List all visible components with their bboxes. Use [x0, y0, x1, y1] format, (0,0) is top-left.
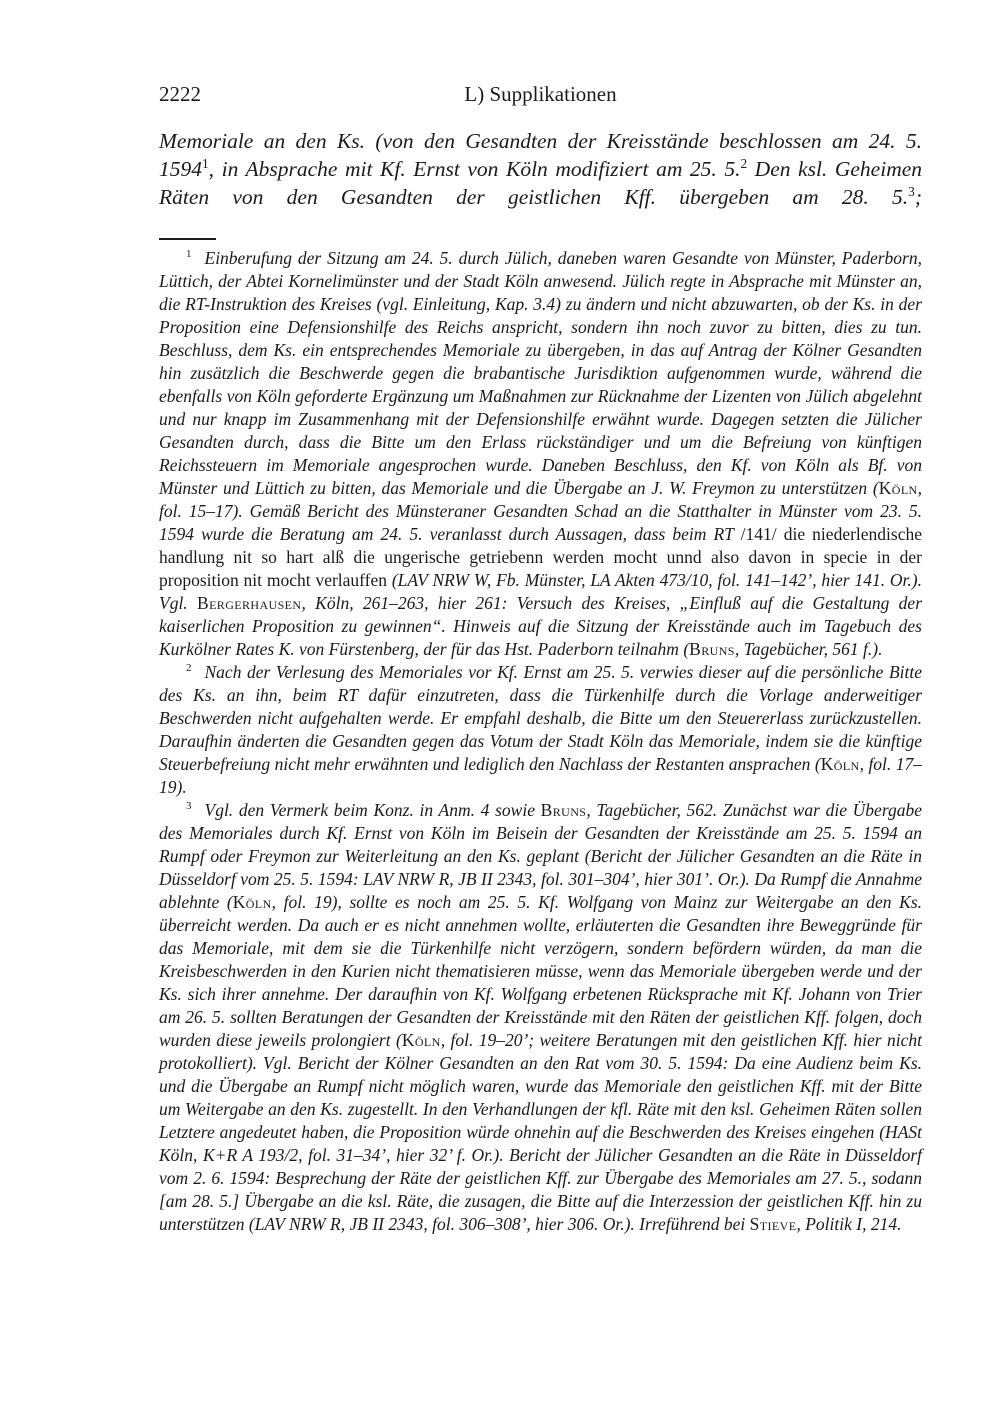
footnote-2-marker: 2: [186, 662, 192, 674]
footnote-1-text: Einberufung der Sitzung am 24. 5. durch …: [159, 248, 922, 659]
footnote-1-marker: 1: [186, 248, 192, 260]
footnote-3-marker: 3: [186, 800, 192, 812]
footnote-3-text: Vgl. den Vermerk beim Konz. in Anm. 4 so…: [159, 800, 922, 1234]
book-page: 2222 L) Supplikationen Memoriale an den …: [0, 0, 1004, 1418]
footnotes-section: 1Einberufung der Sitzung am 24. 5. durch…: [159, 247, 922, 1236]
footnote-2-text: Nach der Verlesung des Memoriales vor Kf…: [159, 662, 922, 797]
footnote-separator-rule: [159, 238, 216, 240]
text-column: 2222 L) Supplikationen Memoriale an den …: [159, 82, 922, 1236]
footnote-3: 3Vgl. den Vermerk beim Konz. in Anm. 4 s…: [159, 799, 922, 1236]
footnote-2: 2Nach der Verlesung des Memoriales vor K…: [159, 661, 922, 799]
running-header: L) Supplikationen: [159, 82, 922, 107]
lead-paragraph: Memoriale an den Ks. (von den Gesandten …: [159, 127, 922, 211]
page-header-row: 2222 L) Supplikationen: [159, 82, 922, 110]
footnote-1: 1Einberufung der Sitzung am 24. 5. durch…: [159, 247, 922, 661]
page-number: 2222: [159, 82, 201, 107]
